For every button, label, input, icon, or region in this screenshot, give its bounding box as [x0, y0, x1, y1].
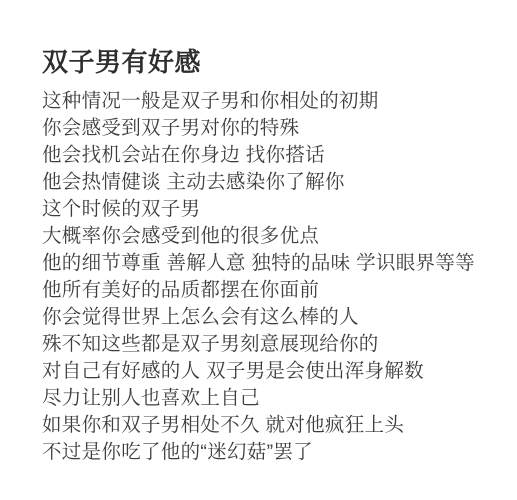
body-line: 这种情况一般是双子男和你相处的初期: [42, 88, 507, 115]
body-line: 不过是你吃了他的“迷幻菇”罢了: [42, 439, 507, 466]
body-line: 殊不知这些都是双子男刻意展现给你的: [42, 331, 507, 358]
body-line: 你会感受到双子男对你的特殊: [42, 115, 507, 142]
body-line: 这个时候的双子男: [42, 196, 507, 223]
body-line: 他的细节尊重 善解人意 独特的品味 学识眼界等等: [42, 250, 507, 277]
article-page: 双子男有好感 这种情况一般是双子男和你相处的初期 你会感受到双子男对你的特殊 他…: [0, 0, 517, 500]
body-line: 你会觉得世界上怎么会有这么棒的人: [42, 304, 507, 331]
body-line: 大概率你会感受到他的很多优点: [42, 223, 507, 250]
body-line: 他所有美好的品质都摆在你面前: [42, 277, 507, 304]
body-line: 他会热情健谈 主动去感染你了解你: [42, 169, 507, 196]
body-line: 对自己有好感的人 双子男是会使出浑身解数: [42, 358, 507, 385]
body-line: 如果你和双子男相处不久 就对他疯狂上头: [42, 412, 507, 439]
body-line: 尽力让别人也喜欢上自己: [42, 385, 507, 412]
body-line: 他会找机会站在你身边 找你搭话: [42, 142, 507, 169]
page-title: 双子男有好感: [42, 46, 507, 79]
